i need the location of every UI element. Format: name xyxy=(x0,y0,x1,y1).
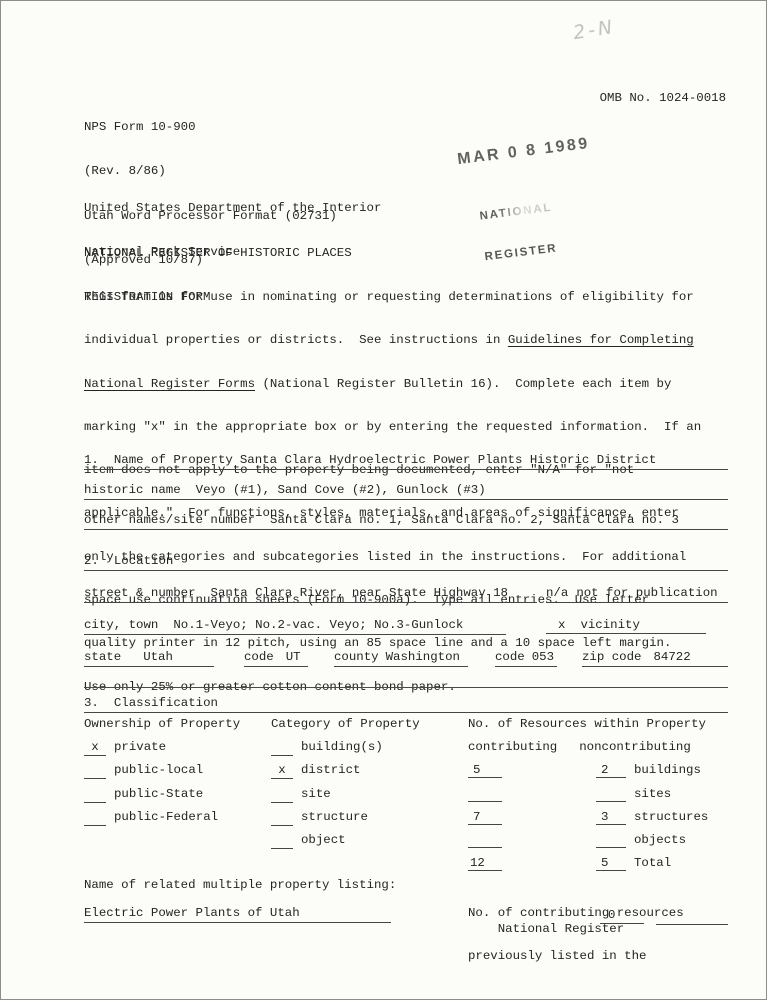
city-row: city, townNo.1-Veyo; No.2-vac. Veyo; No.… xyxy=(84,618,728,634)
resources-title: No. of Resources within Property xyxy=(468,717,706,731)
ownership-checkbox xyxy=(84,810,106,826)
guidelines-title-part2: National Register Forms xyxy=(84,377,255,391)
resources-row: 7 3 structures xyxy=(468,810,745,826)
state-code-label: code xyxy=(244,650,274,664)
historic-name-value: Veyo (#1), Sand Cove (#2), Gunlock (#3) xyxy=(196,483,486,497)
ownership-option-label: public-Federal xyxy=(114,810,218,824)
guidelines-title-part1: Guidelines for Completing xyxy=(508,333,694,347)
resources-row: 5 2 buildings xyxy=(468,763,745,779)
state-value: Utah xyxy=(143,650,173,664)
scanned-form-page: 2-N NPS Form 10-900 (Rev. 8/86) Utah Wor… xyxy=(0,0,767,1000)
state-code-value: UT xyxy=(286,650,301,664)
vicinity-field: xvicinity xyxy=(546,618,706,634)
other-names-row: other names/site numberSanta Clara no. 1… xyxy=(84,513,728,530)
noncontributing-header: noncontributing xyxy=(579,740,691,754)
previously-listed-blank-field xyxy=(656,908,728,925)
instructions-line: This form is for use in nominating or re… xyxy=(84,290,734,305)
previously-listed-line2: previously listed in the xyxy=(468,949,684,964)
related-listing-label: Name of related multiple property listin… xyxy=(84,878,396,892)
section3-number: 3. xyxy=(84,696,99,710)
category-checkbox xyxy=(271,787,293,803)
category-option: structure xyxy=(271,810,431,826)
ownership-option-label: private xyxy=(114,740,166,754)
street-row: street & numberSanta Clara River, near S… xyxy=(84,586,728,602)
ownership-option: public-State xyxy=(84,787,264,803)
ownership-option: public-local xyxy=(84,763,264,779)
category-option-label: object xyxy=(301,833,346,847)
resources-row-label: sites xyxy=(634,787,671,801)
resources-row: sites xyxy=(468,787,745,803)
county-code-value: 053 xyxy=(532,650,554,664)
other-names-label: other names/site number xyxy=(84,513,255,527)
category-checkbox xyxy=(271,740,293,756)
category-option: xdistrict xyxy=(271,763,431,779)
resources-row: objects xyxy=(468,833,745,849)
form-title-line1: NATIONAL REGISTER OF HISTORIC PLACES xyxy=(84,245,352,261)
section1-title: Name of Property xyxy=(114,453,233,467)
instructions-line: individual properties or districts. See … xyxy=(84,333,734,348)
category-title-text: Category of Property xyxy=(271,717,420,731)
street-label: street & number xyxy=(84,586,196,600)
ownership-checkbox: x xyxy=(84,740,106,756)
county-label: county xyxy=(334,650,379,664)
national-register-stamp-line1: NATIONAL xyxy=(479,202,553,224)
not-for-publication-field: n/anot for publication xyxy=(546,586,728,603)
contributing-count: 5 xyxy=(468,763,502,778)
category-option-label: structure xyxy=(301,810,368,824)
section2-title: Location xyxy=(114,554,174,568)
city-field: city, townNo.1-Veyo; No.2-vac. Veyo; No.… xyxy=(84,618,506,635)
previously-listed-value-field: 0 xyxy=(600,908,644,924)
category-title: Category of Property xyxy=(271,717,420,731)
category-option: object xyxy=(271,833,431,849)
street-field: street & numberSanta Clara River, near S… xyxy=(84,586,536,603)
resources-row-label: structures xyxy=(634,810,708,824)
contributing-count xyxy=(468,833,502,848)
historic-name-label: historic name xyxy=(84,483,181,497)
section2-heading-row: 2.Location xyxy=(84,554,728,571)
category-checkbox: x xyxy=(271,763,293,779)
related-listing-value: Electric Power Plants of Utah xyxy=(84,906,300,920)
street-value: Santa Clara River, near State Highway 18 xyxy=(211,586,508,600)
handwritten-mark: 2-N xyxy=(572,16,617,44)
not-for-publication-label: not for publication xyxy=(576,586,717,600)
contributing-count xyxy=(468,787,502,802)
section1-heading-row: 1.Name of PropertySanta Clara Hydroelect… xyxy=(84,453,728,470)
category-option-label: building(s) xyxy=(301,740,383,754)
form-number: NPS Form 10-900 xyxy=(84,119,337,135)
ownership-option: xprivate xyxy=(84,740,264,756)
category-checkbox xyxy=(271,810,293,826)
omb-number: OMB No. 1024-0018 xyxy=(600,91,726,105)
previously-listed-row: National Register 0 xyxy=(468,908,728,924)
zip-field: zip code84722 xyxy=(582,650,728,667)
previously-listed-value: 0 xyxy=(608,908,615,922)
department-name: United States Department of the Interior xyxy=(84,200,381,216)
section1-number: 1. xyxy=(84,453,99,467)
county-code-field: code053 xyxy=(495,650,557,667)
zip-value: 84722 xyxy=(654,650,691,664)
resources-count-header: contributingnoncontributing xyxy=(468,740,691,754)
historic-name-row: historic nameVeyo (#1), Sand Cove (#2), … xyxy=(84,483,728,500)
related-listing-value-field: Electric Power Plants of Utah xyxy=(84,906,391,923)
county-field: countyWashington xyxy=(334,650,468,667)
state-field: stateUtah xyxy=(84,650,214,667)
category-option-label: district xyxy=(301,763,361,777)
other-names-value: Santa Clara no. 1, Santa Clara no. 2, Sa… xyxy=(270,513,679,527)
section3-heading-row: 3.Classification xyxy=(84,696,728,713)
instructions-text: individual properties or districts. See … xyxy=(84,333,508,347)
ownership-title: Ownership of Property xyxy=(84,717,240,731)
vicinity-label: vicinity xyxy=(580,618,640,632)
state-label: state xyxy=(84,650,121,664)
county-value: Washington xyxy=(386,650,460,664)
category-option: site xyxy=(271,787,431,803)
instructions-line: National Register Forms (National Regist… xyxy=(84,377,734,392)
resources-row-label: buildings xyxy=(634,763,701,777)
state-code-field: codeUT xyxy=(244,650,308,667)
contributing-count: 7 xyxy=(468,810,502,825)
section2-number: 2. xyxy=(84,554,99,568)
city-label: city, town xyxy=(84,618,158,632)
resources-row-label: objects xyxy=(634,833,686,847)
ownership-checkbox xyxy=(84,787,106,803)
resources-total-row: 12 5 Total xyxy=(468,856,745,872)
resources-total-label: Total xyxy=(634,856,671,870)
date-received-stamp: MAR 0 8 1989 xyxy=(456,135,590,169)
noncontributing-total: 5 xyxy=(596,856,626,871)
noncontributing-count: 3 xyxy=(596,810,626,825)
national-register-stamp-line2: REGISTER xyxy=(484,242,558,264)
ownership-option-label: public-State xyxy=(114,787,203,801)
not-for-publication-flag: n/a xyxy=(546,586,568,600)
category-option-label: site xyxy=(301,787,331,801)
ownership-option: public-Federal xyxy=(84,810,264,826)
vicinity-flag: x xyxy=(558,618,565,632)
noncontributing-count xyxy=(596,787,626,802)
instructions-line: marking "x" in the appropriate box or by… xyxy=(84,420,734,435)
category-checkbox xyxy=(271,833,293,849)
previously-listed-line3: National Register xyxy=(498,922,624,936)
zip-label: zip code xyxy=(582,650,642,664)
property-name-value: Santa Clara Hydroelectric Power Plants H… xyxy=(240,453,656,467)
noncontributing-count: 2 xyxy=(596,763,626,778)
city-value: No.1-Veyo; No.2-vac. Veyo; No.3-Gunlock xyxy=(173,618,463,632)
ownership-option-label: public-local xyxy=(114,763,203,777)
ownership-checkbox xyxy=(84,763,106,779)
category-option: building(s) xyxy=(271,740,431,756)
instructions-text: (National Register Bulletin 16). Complet… xyxy=(255,377,671,391)
contributing-header: contributing xyxy=(468,740,557,754)
section3-divider xyxy=(84,687,728,688)
contributing-total: 12 xyxy=(468,856,502,871)
noncontributing-count xyxy=(596,833,626,848)
state-row: stateUtah codeUT countyWashington code05… xyxy=(84,650,728,666)
county-code-label: code xyxy=(495,650,525,664)
section3-title: Classification xyxy=(114,696,218,710)
